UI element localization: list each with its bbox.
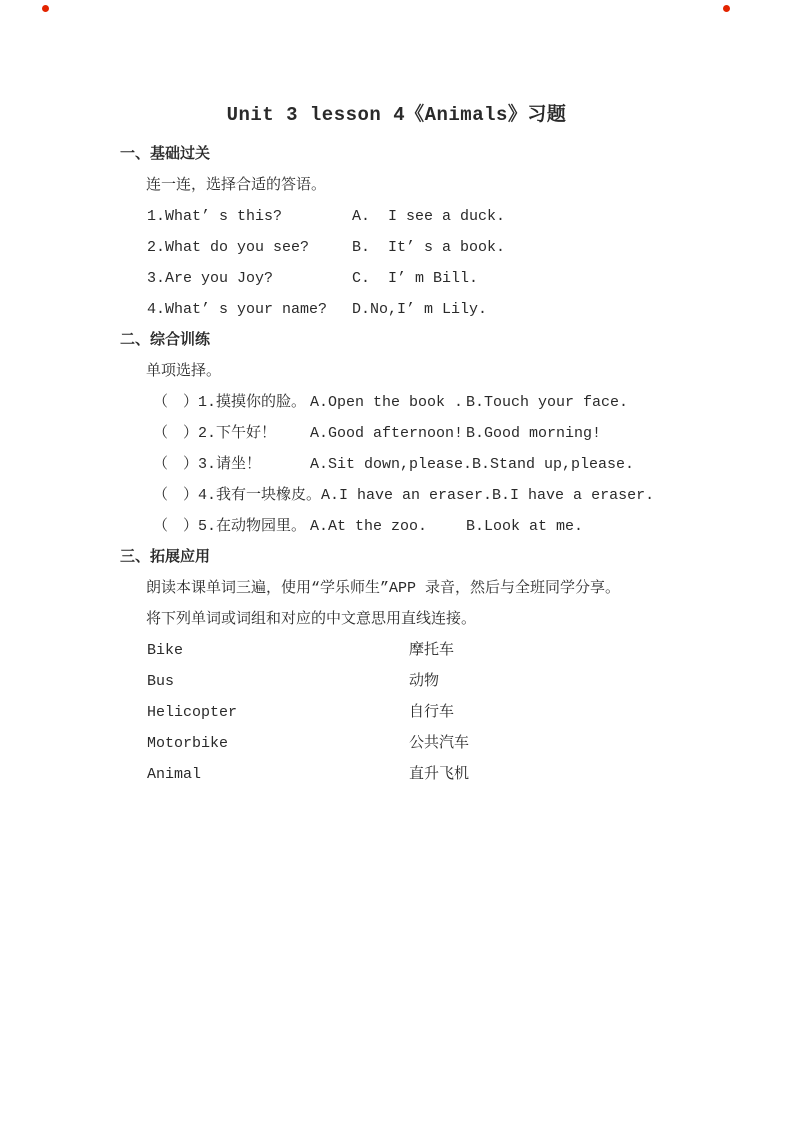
- page-title: Unit 3 lesson 4《Animals》习题: [0, 100, 793, 131]
- red-corner-mark-left: [42, 5, 49, 12]
- mc-stem-1: （ ）1.摸摸你的脸。: [153, 387, 310, 418]
- mc-option-a-1: A.Open the book .: [310, 387, 466, 418]
- matching-question-2: 2.What do you see?: [147, 232, 352, 263]
- section3-instruction-2: 将下列单词或词组和对应的中文意思用直线连接。: [146, 604, 793, 635]
- section2-instruction: 单项选择。: [146, 356, 793, 387]
- red-corner-mark-right: [723, 5, 730, 12]
- mc-stem-5: （ ）5.在动物园里。: [153, 511, 310, 542]
- word-match-row-3: Helicopter 自行车: [147, 697, 793, 728]
- section3-instruction-1: 朗读本课单词三遍，使用“学乐师生”APP 录音，然后与全班同学分享。: [146, 573, 793, 604]
- english-word-2: Bus: [147, 666, 409, 697]
- word-match-row-5: Animal 直升飞机: [147, 759, 793, 790]
- matching-answer-c: C. I’ m Bill.: [352, 263, 478, 294]
- section3-heading: 三、拓展应用: [120, 542, 793, 573]
- chinese-meaning-2: 动物: [409, 666, 439, 697]
- mc-option-b-5: B.Look at me.: [466, 511, 583, 542]
- mc-row-5: （ ）5.在动物园里。 A.At the zoo. B.Look at me.: [153, 511, 793, 542]
- matching-row-4: 4.What’ s your name? D.No,I’ m Lily.: [147, 294, 793, 325]
- english-word-1: Bike: [147, 635, 409, 666]
- chinese-meaning-1: 摩托车: [409, 635, 454, 666]
- word-match-row-1: Bike 摩托车: [147, 635, 793, 666]
- english-word-5: Animal: [147, 759, 409, 790]
- word-match-row-4: Motorbike 公共汽车: [147, 728, 793, 759]
- chinese-meaning-4: 公共汽车: [409, 728, 469, 759]
- matching-row-1: 1.What’ s this? A. I see a duck.: [147, 201, 793, 232]
- matching-question-4: 4.What’ s your name?: [147, 294, 352, 325]
- mc-option-a-2: A.Good afternoon!: [310, 418, 466, 449]
- chinese-meaning-3: 自行车: [409, 697, 454, 728]
- matching-row-3: 3.Are you Joy? C. I’ m Bill.: [147, 263, 793, 294]
- matching-question-1: 1.What’ s this?: [147, 201, 352, 232]
- matching-answer-b: B. It’ s a book.: [352, 232, 505, 263]
- matching-answer-d: D.No,I’ m Lily.: [352, 294, 487, 325]
- mc-row-1: （ ）1.摸摸你的脸。 A.Open the book . B.Touch yo…: [153, 387, 793, 418]
- chinese-meaning-5: 直升飞机: [409, 759, 469, 790]
- mc-option-a-4: A.I have an eraser.: [321, 480, 492, 511]
- matching-answer-a: A. I see a duck.: [352, 201, 505, 232]
- matching-row-2: 2.What do you see? B. It’ s a book.: [147, 232, 793, 263]
- word-match-row-2: Bus 动物: [147, 666, 793, 697]
- mc-option-a-5: A.At the zoo.: [310, 511, 466, 542]
- mc-stem-4: （ ）4.我有一块橡皮。: [153, 480, 321, 511]
- section1-heading: 一、基础过关: [120, 139, 793, 170]
- section2-heading: 二、综合训练: [120, 325, 793, 356]
- english-word-3: Helicopter: [147, 697, 409, 728]
- mc-row-2: （ ）2.下午好！ A.Good afternoon! B.Good morni…: [153, 418, 793, 449]
- matching-question-3: 3.Are you Joy?: [147, 263, 352, 294]
- mc-stem-3: （ ）3.请坐！: [153, 449, 310, 480]
- mc-option-b-3: B.Stand up,please.: [472, 449, 634, 480]
- mc-option-b-1: B.Touch your face.: [466, 387, 628, 418]
- mc-option-b-2: B.Good morning!: [466, 418, 601, 449]
- mc-stem-2: （ ）2.下午好！: [153, 418, 310, 449]
- mc-row-4: （ ）4.我有一块橡皮。 A.I have an eraser. B.I hav…: [153, 480, 793, 511]
- mc-row-3: （ ）3.请坐！ A.Sit down,please. B.Stand up,p…: [153, 449, 793, 480]
- worksheet-page: Unit 3 lesson 4《Animals》习题 一、基础过关 连一连，选择…: [0, 0, 793, 1122]
- english-word-4: Motorbike: [147, 728, 409, 759]
- section1-instruction: 连一连，选择合适的答语。: [146, 170, 793, 201]
- mc-option-a-3: A.Sit down,please.: [310, 449, 472, 480]
- mc-option-b-4: B.I have a eraser.: [492, 480, 654, 511]
